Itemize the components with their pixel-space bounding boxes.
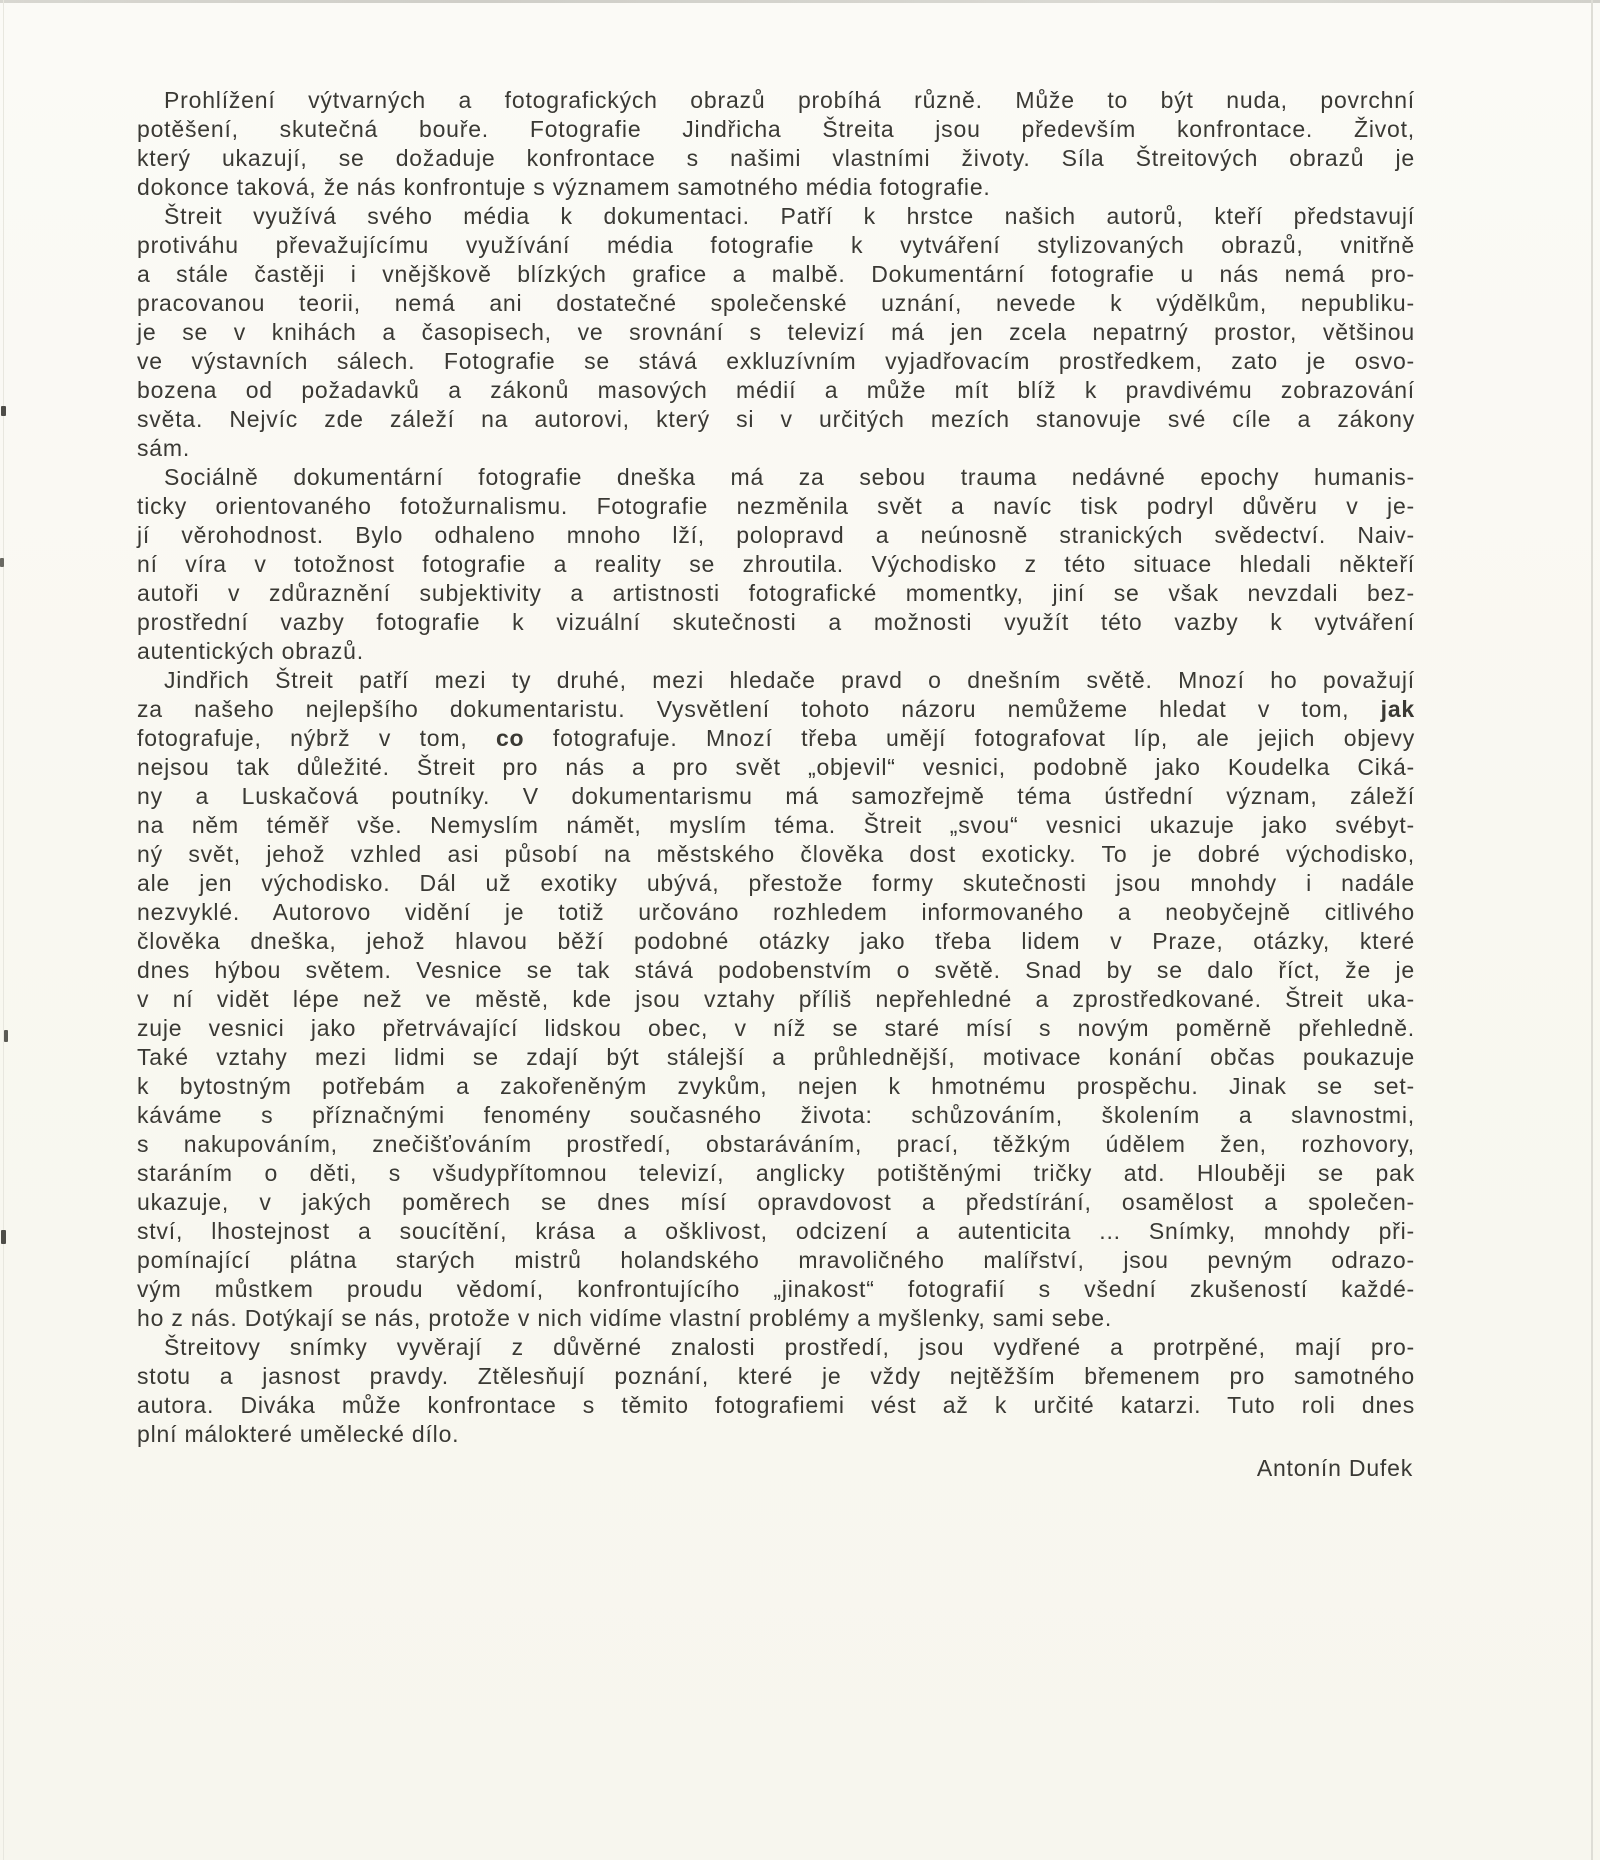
scan-edge-right — [1591, 0, 1593, 1860]
text-line: jí věrohodnost. Bylo odhaleno mnoho lží,… — [137, 521, 1415, 550]
text-line: sám. — [137, 434, 1415, 463]
text-line: dokonce taková, že nás konfrontuje s výz… — [137, 173, 1415, 202]
text-line: ný svět, jehož vzhled asi působí na měst… — [137, 840, 1415, 869]
text-line: je se v knihách a časopisech, ve srovnán… — [137, 318, 1415, 347]
text-line: stotu a jasnost pravdy. Ztělesňují pozná… — [137, 1362, 1415, 1391]
text-line: bozena od požadavků a zákonů masových mé… — [137, 376, 1415, 405]
text-line: ství, lhostejnost a soucítění, krása a o… — [137, 1217, 1415, 1246]
paragraph: Štreitovy snímky vyvěrají z důvěrné znal… — [137, 1333, 1415, 1449]
text-line: nezvyklé. Autorovo vidění je totiž určov… — [137, 898, 1415, 927]
text-line: člověka dneška, jehož hlavou běží podobn… — [137, 927, 1415, 956]
text-line: Štreit využívá svého média k dokumentaci… — [137, 202, 1415, 231]
text-line: autoři v zdůraznění subjektivity a artis… — [137, 579, 1415, 608]
text-line: v ní vidět lépe než ve městě, kde jsou v… — [137, 985, 1415, 1014]
text-line: ny a Luskačová poutníky. V dokumentarism… — [137, 782, 1415, 811]
paragraphs-container: Prohlížení výtvarných a fotografických o… — [137, 86, 1415, 1449]
paragraph: Štreit využívá svého média k dokumentaci… — [137, 202, 1415, 463]
author-signature: Antonín Dufek — [137, 1454, 1415, 1483]
scan-artifact — [0, 558, 4, 567]
scan-edge-top — [0, 0, 1600, 3]
scan-artifact — [4, 1030, 8, 1042]
text-line: k bytostným potřebám a zakořeněným zvyků… — [137, 1072, 1415, 1101]
text-line: nejsou tak důležité. Štreit pro nás a pr… — [137, 753, 1415, 782]
text-line: staráním o děti, s všudypřítomnou televi… — [137, 1159, 1415, 1188]
text-line: ale jen východisko. Dál už exotiky ubývá… — [137, 869, 1415, 898]
text-line: potěšení, skutečná bouře. Fotografie Jin… — [137, 115, 1415, 144]
text-line: pomínající plátna starých mistrů holands… — [137, 1246, 1415, 1275]
text-line: pracovanou teorii, nemá ani dostatečné s… — [137, 289, 1415, 318]
text-line: který ukazují, se dožaduje konfrontace s… — [137, 144, 1415, 173]
scanned-book-page: { "page": { "paper_color": "#f9f8f2", "i… — [0, 0, 1600, 1860]
paragraph: Sociálně dokumentární fotografie dneška … — [137, 463, 1415, 666]
text-line: autora. Diváka může konfrontace s těmito… — [137, 1391, 1415, 1420]
text-line: světa. Nejvíc zde záleží na autorovi, kt… — [137, 405, 1415, 434]
text-line: prostřední vazby fotografie k vizuální s… — [137, 608, 1415, 637]
text-line: ve výstavních sálech. Fotografie se stáv… — [137, 347, 1415, 376]
text-line: dnes hýbou světem. Vesnice se tak stává … — [137, 956, 1415, 985]
text-line: ho z nás. Dotýkají se nás, protože v nic… — [137, 1304, 1415, 1333]
text-line: a stále častěji i vnějškově blízkých gra… — [137, 260, 1415, 289]
text-line: ukazuje, v jakých poměrech se dnes mísí … — [137, 1188, 1415, 1217]
text-line: fotografuje, nýbrž v tom, co fotografuje… — [137, 724, 1415, 753]
text-line: ticky orientovaného fotožurnalismu. Foto… — [137, 492, 1415, 521]
text-line: ní víra v totožnost fotografie a reality… — [137, 550, 1415, 579]
paragraph: Jindřich Štreit patří mezi ty druhé, mez… — [137, 666, 1415, 1333]
text-line: protiváhu převažujícímu využívání média … — [137, 231, 1415, 260]
text-line: Jindřich Štreit patří mezi ty druhé, mez… — [137, 666, 1415, 695]
scan-edge-left — [3, 0, 4, 1860]
text-line: autentických obrazů. — [137, 637, 1415, 666]
text-line: s nakupováním, znečišťováním prostředí, … — [137, 1130, 1415, 1159]
text-line: Štreitovy snímky vyvěrají z důvěrné znal… — [137, 1333, 1415, 1362]
article-body: Prohlížení výtvarných a fotografických o… — [137, 86, 1415, 1483]
text-line: na něm téměř vše. Nemyslím námět, myslím… — [137, 811, 1415, 840]
text-line: plní málokteré umělecké dílo. — [137, 1420, 1415, 1449]
scan-artifact — [1, 406, 6, 416]
paragraph: Prohlížení výtvarných a fotografických o… — [137, 86, 1415, 202]
scan-artifact — [1, 1230, 6, 1244]
text-line: vým můstkem proudu vědomí, konfrontující… — [137, 1275, 1415, 1304]
text-line: za našeho nejlepšího dokumentaristu. Vys… — [137, 695, 1415, 724]
text-line: káváme s příznačnými fenomény současného… — [137, 1101, 1415, 1130]
text-line: Sociálně dokumentární fotografie dneška … — [137, 463, 1415, 492]
text-line: Také vztahy mezi lidmi se zdají být stál… — [137, 1043, 1415, 1072]
page: Prohlížení výtvarných a fotografických o… — [0, 0, 1600, 1860]
text-line: zuje vesnici jako přetrvávající lidskou … — [137, 1014, 1415, 1043]
text-line: Prohlížení výtvarných a fotografických o… — [137, 86, 1415, 115]
